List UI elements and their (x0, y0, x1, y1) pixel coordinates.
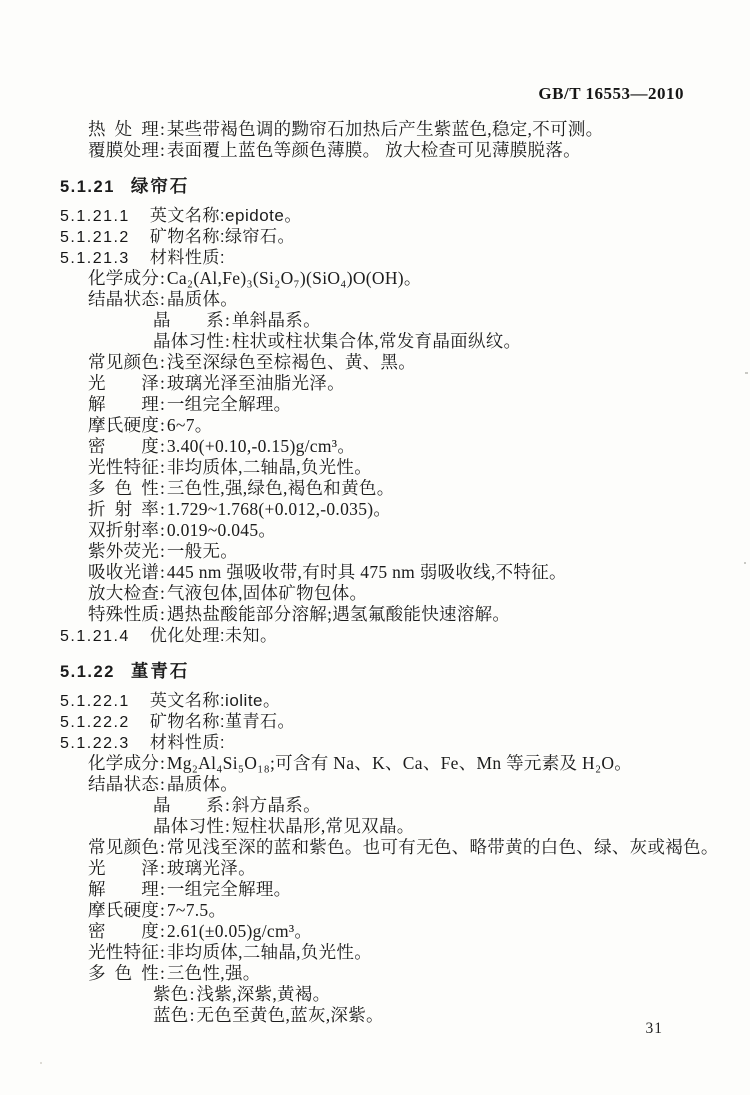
property-colon: : (159, 119, 167, 139)
property-line: 结晶状态:晶质体。 (88, 774, 700, 795)
property-line: 多色性:三色性,强。 (88, 963, 700, 984)
property-label: 解理 (88, 879, 159, 900)
property-line: 解理:一组完全解理。 (88, 879, 700, 900)
clause-line: 5.1.22.2矿物名称:堇青石。 (60, 711, 700, 732)
property-colon: : (224, 331, 232, 351)
property-value: 某些带褐色调的黝帘石加热后产生紫蓝色,稳定,不可测。 (167, 119, 604, 139)
property-line: 光泽:玻璃光泽至油脂光泽。 (88, 373, 700, 394)
property-colon: : (159, 963, 167, 983)
property-colon: : (159, 921, 167, 941)
property-value: 三色性,强。 (167, 963, 261, 983)
property-colon: : (159, 268, 167, 288)
property-label: 多色性 (88, 478, 159, 499)
property-label: 密度 (88, 436, 159, 457)
clause-number: 5.1.21.3 (60, 250, 130, 267)
property-label: 光泽 (88, 373, 159, 394)
property-colon: : (224, 795, 232, 815)
section-heading: 5.1.22堇青石 (60, 660, 700, 682)
clause-text: 材料性质: (150, 248, 225, 267)
heading-number: 5.1.21 (60, 178, 115, 196)
property-label: 晶系 (153, 310, 224, 331)
property-value: 2.61(±0.05)g/cm³。 (167, 921, 312, 941)
property-colon: : (159, 415, 167, 435)
property-value: 常见浅至深的蓝和紫色。也可有无色、略带黄的白色、绿、灰或褐色。 (167, 837, 719, 857)
clause-line: 5.1.21.4优化处理:未知。 (60, 625, 700, 646)
property-line: 常见颜色:常见浅至深的蓝和紫色。也可有无色、略带黄的白色、绿、灰或褐色。 (88, 837, 700, 858)
scan-speck (745, 372, 748, 374)
property-line: 紫外荧光:一般无。 (88, 541, 700, 562)
property-value: 气液包体,固体矿物包体。 (167, 583, 367, 603)
property-label: 热处理 (88, 119, 159, 140)
property-label: 吸收光谱 (88, 562, 159, 583)
page-number: 31 (646, 1020, 664, 1038)
property-line: 紫色:浅紫,深紫,黄褐。 (153, 984, 700, 1005)
property-line: 摩氏硬度:6~7。 (88, 415, 700, 436)
property-line: 化学成分:Mg₂Al₄Si₅O₁₈;可含有 Na、K、Ca、Fe、Mn 等元素及… (88, 753, 700, 774)
property-line: 吸收光谱:445 nm 强吸收带,有时具 475 nm 弱吸收线,不特征。 (88, 562, 700, 583)
property-colon: : (159, 140, 167, 160)
property-value: 无色至黄色,蓝灰,深紫。 (196, 1005, 383, 1025)
property-colon: : (159, 520, 167, 540)
property-label: 晶体习性 (153, 331, 224, 352)
property-line: 光性特征:非均质体,二轴晶,负光性。 (88, 457, 700, 478)
property-colon: : (159, 373, 167, 393)
clause-number: 5.1.22.2 (60, 714, 130, 731)
property-label: 紫外荧光 (88, 541, 159, 562)
property-colon: : (159, 394, 167, 414)
clause-number: 5.1.21.4 (60, 628, 130, 645)
heading-number: 5.1.22 (60, 663, 115, 681)
property-line: 结晶状态:晶质体。 (88, 289, 700, 310)
property-label: 摩氏硬度 (88, 415, 159, 436)
property-value: 非均质体,二轴晶,负光性。 (167, 457, 372, 477)
property-line: 摩氏硬度:7~7.5。 (88, 900, 700, 921)
property-line: 光泽:玻璃光泽。 (88, 858, 700, 879)
property-line: 晶体习性:短柱状晶形,常见双晶。 (153, 816, 700, 837)
property-value: 单斜晶系。 (232, 310, 321, 330)
property-label: 解理 (88, 394, 159, 415)
clause-number: 5.1.22.1 (60, 693, 130, 710)
property-line: 光性特征:非均质体,二轴晶,负光性。 (88, 942, 700, 963)
property-label: 光性特征 (88, 942, 159, 963)
property-line: 晶体习性:柱状或柱状集合体,常发育晶面纵纹。 (153, 331, 700, 352)
property-line: 密度:3.40(+0.10,-0.15)g/cm³。 (88, 436, 700, 457)
property-colon: : (159, 436, 167, 456)
property-value: 一组完全解理。 (167, 394, 292, 414)
property-colon: : (159, 457, 167, 477)
property-value: 晶质体。 (167, 289, 238, 309)
property-colon: : (224, 816, 232, 836)
property-value: 一组完全解理。 (167, 879, 292, 899)
property-colon: : (159, 900, 167, 920)
property-value: 445 nm 强吸收带,有时具 475 nm 弱吸收线,不特征。 (167, 562, 567, 582)
clause-text: 英文名称:epidote。 (150, 206, 302, 225)
property-line: 常见颜色:浅至深绿色至棕褐色、黄、黑。 (88, 352, 700, 373)
property-value: 3.40(+0.10,-0.15)g/cm³。 (167, 436, 355, 456)
property-colon: : (159, 753, 167, 773)
clause-number: 5.1.21.1 (60, 208, 130, 225)
property-label: 覆膜处理 (88, 140, 159, 161)
property-value: 玻璃光泽至油脂光泽。 (167, 373, 345, 393)
property-label: 化学成分 (88, 268, 159, 289)
property-colon: : (159, 352, 167, 372)
property-label: 特殊性质 (88, 604, 159, 625)
property-value: 三色性,强,绿色,褐色和黄色。 (167, 478, 395, 498)
section-heading: 5.1.21绿帘石 (60, 175, 700, 197)
property-colon: : (159, 858, 167, 878)
property-line: 解理:一组完全解理。 (88, 394, 700, 415)
property-colon: : (159, 837, 167, 857)
property-label: 光泽 (88, 858, 159, 879)
document-body: 热处理:某些带褐色调的黝帘石加热后产生紫蓝色,稳定,不可测。覆膜处理:表面覆上蓝… (60, 119, 700, 1026)
clause-text: 矿物名称:绿帘石。 (150, 227, 295, 246)
property-value: 遇热盐酸能部分溶解;遇氢氟酸能快速溶解。 (167, 604, 510, 624)
property-label: 结晶状态 (88, 774, 159, 795)
property-value: 1.729~1.768(+0.012,-0.035)。 (167, 499, 391, 519)
property-value: 非均质体,二轴晶,负光性。 (167, 942, 372, 962)
property-colon: : (159, 942, 167, 962)
property-label: 多色性 (88, 963, 159, 984)
property-value: 柱状或柱状集合体,常发育晶面纵纹。 (232, 331, 521, 351)
property-value: 表面覆上蓝色等颜色薄膜。 放大检查可见薄膜脱落。 (167, 140, 581, 160)
property-line: 化学成分:Ca₂(Al,Fe)₃(Si₂O₇)(SiO₄)O(OH)。 (88, 268, 700, 289)
property-line: 晶系:单斜晶系。 (153, 310, 700, 331)
property-line: 蓝色:无色至黄色,蓝灰,深紫。 (153, 1005, 700, 1026)
property-value: 6~7。 (167, 415, 213, 435)
property-value: 斜方晶系。 (232, 795, 321, 815)
property-line: 多色性:三色性,强,绿色,褐色和黄色。 (88, 478, 700, 499)
property-label: 折射率 (88, 499, 159, 520)
property-value: 浅紫,深紫,黄褐。 (196, 984, 330, 1004)
clause-text: 材料性质: (150, 733, 225, 752)
clause-line: 5.1.22.1英文名称:iolite。 (60, 690, 700, 711)
property-label: 密度 (88, 921, 159, 942)
property-value: 0.019~0.045。 (167, 520, 276, 540)
property-value: 7~7.5。 (167, 900, 226, 920)
property-colon: : (159, 499, 167, 519)
clause-text: 优化处理:未知。 (150, 626, 278, 645)
property-line: 热处理:某些带褐色调的黝帘石加热后产生紫蓝色,稳定,不可测。 (88, 119, 700, 140)
property-line: 双折射率:0.019~0.045。 (88, 520, 700, 541)
property-value: 晶质体。 (167, 774, 238, 794)
property-value: 浅至深绿色至棕褐色、黄、黑。 (167, 352, 416, 372)
property-line: 晶系:斜方晶系。 (153, 795, 700, 816)
scan-speck (40, 1062, 42, 1064)
property-label: 放大检查 (88, 583, 159, 604)
property-line: 放大检查:气液包体,固体矿物包体。 (88, 583, 700, 604)
property-value: 玻璃光泽。 (167, 858, 256, 878)
property-value: 短柱状晶形,常见双晶。 (232, 816, 415, 836)
property-line: 密度:2.61(±0.05)g/cm³。 (88, 921, 700, 942)
clause-line: 5.1.21.3材料性质: (60, 247, 700, 268)
property-value: Mg₂Al₄Si₅O₁₈;可含有 Na、K、Ca、Fe、Mn 等元素及 H₂O。 (167, 753, 632, 773)
property-value: Ca₂(Al,Fe)₃(Si₂O₇)(SiO₄)O(OH)。 (167, 268, 422, 288)
heading-title: 绿帘石 (131, 176, 190, 196)
property-label: 晶系 (153, 795, 224, 816)
property-colon: : (159, 289, 167, 309)
property-label: 双折射率 (88, 520, 159, 541)
standard-number-header: GB/T 16553—2010 (538, 84, 684, 104)
heading-title: 堇青石 (131, 661, 190, 681)
property-label: 光性特征 (88, 457, 159, 478)
property-label: 常见颜色 (88, 352, 159, 373)
property-label: 晶体习性 (153, 816, 224, 837)
property-line: 折射率:1.729~1.768(+0.012,-0.035)。 (88, 499, 700, 520)
clause-line: 5.1.21.2矿物名称:绿帘石。 (60, 226, 700, 247)
clause-number: 5.1.21.2 (60, 229, 130, 246)
property-label: 紫色 (153, 984, 189, 1004)
clause-text: 矿物名称:堇青石。 (150, 712, 295, 731)
property-label: 蓝色 (153, 1005, 189, 1025)
property-value: 一般无。 (167, 541, 238, 561)
property-colon: : (159, 478, 167, 498)
property-colon: : (159, 583, 167, 603)
property-colon: : (159, 774, 167, 794)
property-label: 化学成分 (88, 753, 159, 774)
property-colon: : (224, 310, 232, 330)
property-colon: : (159, 541, 167, 561)
property-label: 摩氏硬度 (88, 900, 159, 921)
clause-line: 5.1.21.1英文名称:epidote。 (60, 205, 700, 226)
property-label: 结晶状态 (88, 289, 159, 310)
clause-line: 5.1.22.3材料性质: (60, 732, 700, 753)
scanned-document-page: GB/T 16553—2010 热处理:某些带褐色调的黝帘石加热后产生紫蓝色,稳… (0, 0, 750, 1095)
scan-speck (744, 562, 746, 564)
property-label: 常见颜色 (88, 837, 159, 858)
property-colon: : (159, 604, 167, 624)
property-colon: : (159, 562, 167, 582)
clause-text: 英文名称:iolite。 (150, 691, 281, 710)
property-line: 特殊性质:遇热盐酸能部分溶解;遇氢氟酸能快速溶解。 (88, 604, 700, 625)
clause-number: 5.1.22.3 (60, 735, 130, 752)
property-colon: : (159, 879, 167, 899)
property-line: 覆膜处理:表面覆上蓝色等颜色薄膜。 放大检查可见薄膜脱落。 (88, 140, 700, 161)
